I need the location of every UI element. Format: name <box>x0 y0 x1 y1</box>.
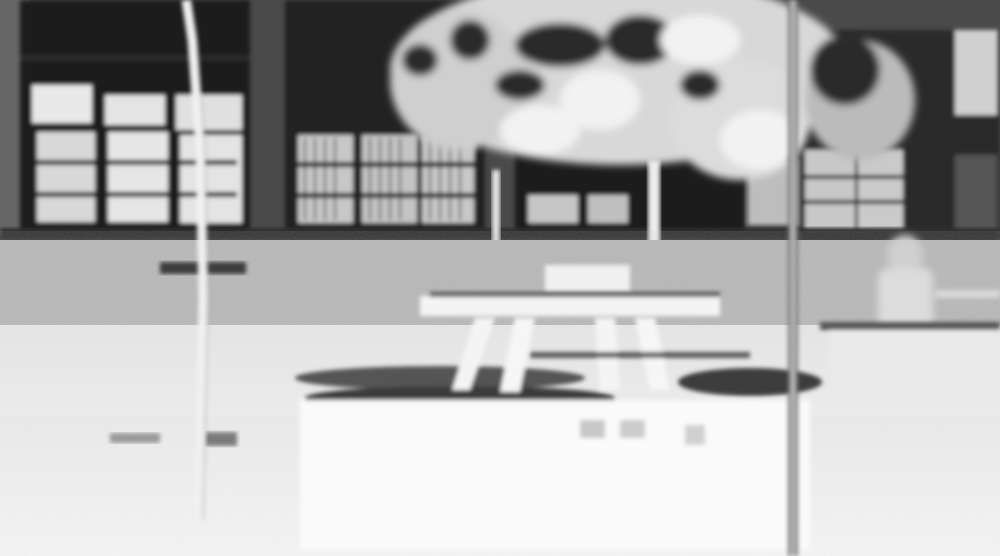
courtyard-photo <box>0 0 1000 556</box>
brick-wall <box>0 240 1000 330</box>
windows-left <box>20 0 250 232</box>
